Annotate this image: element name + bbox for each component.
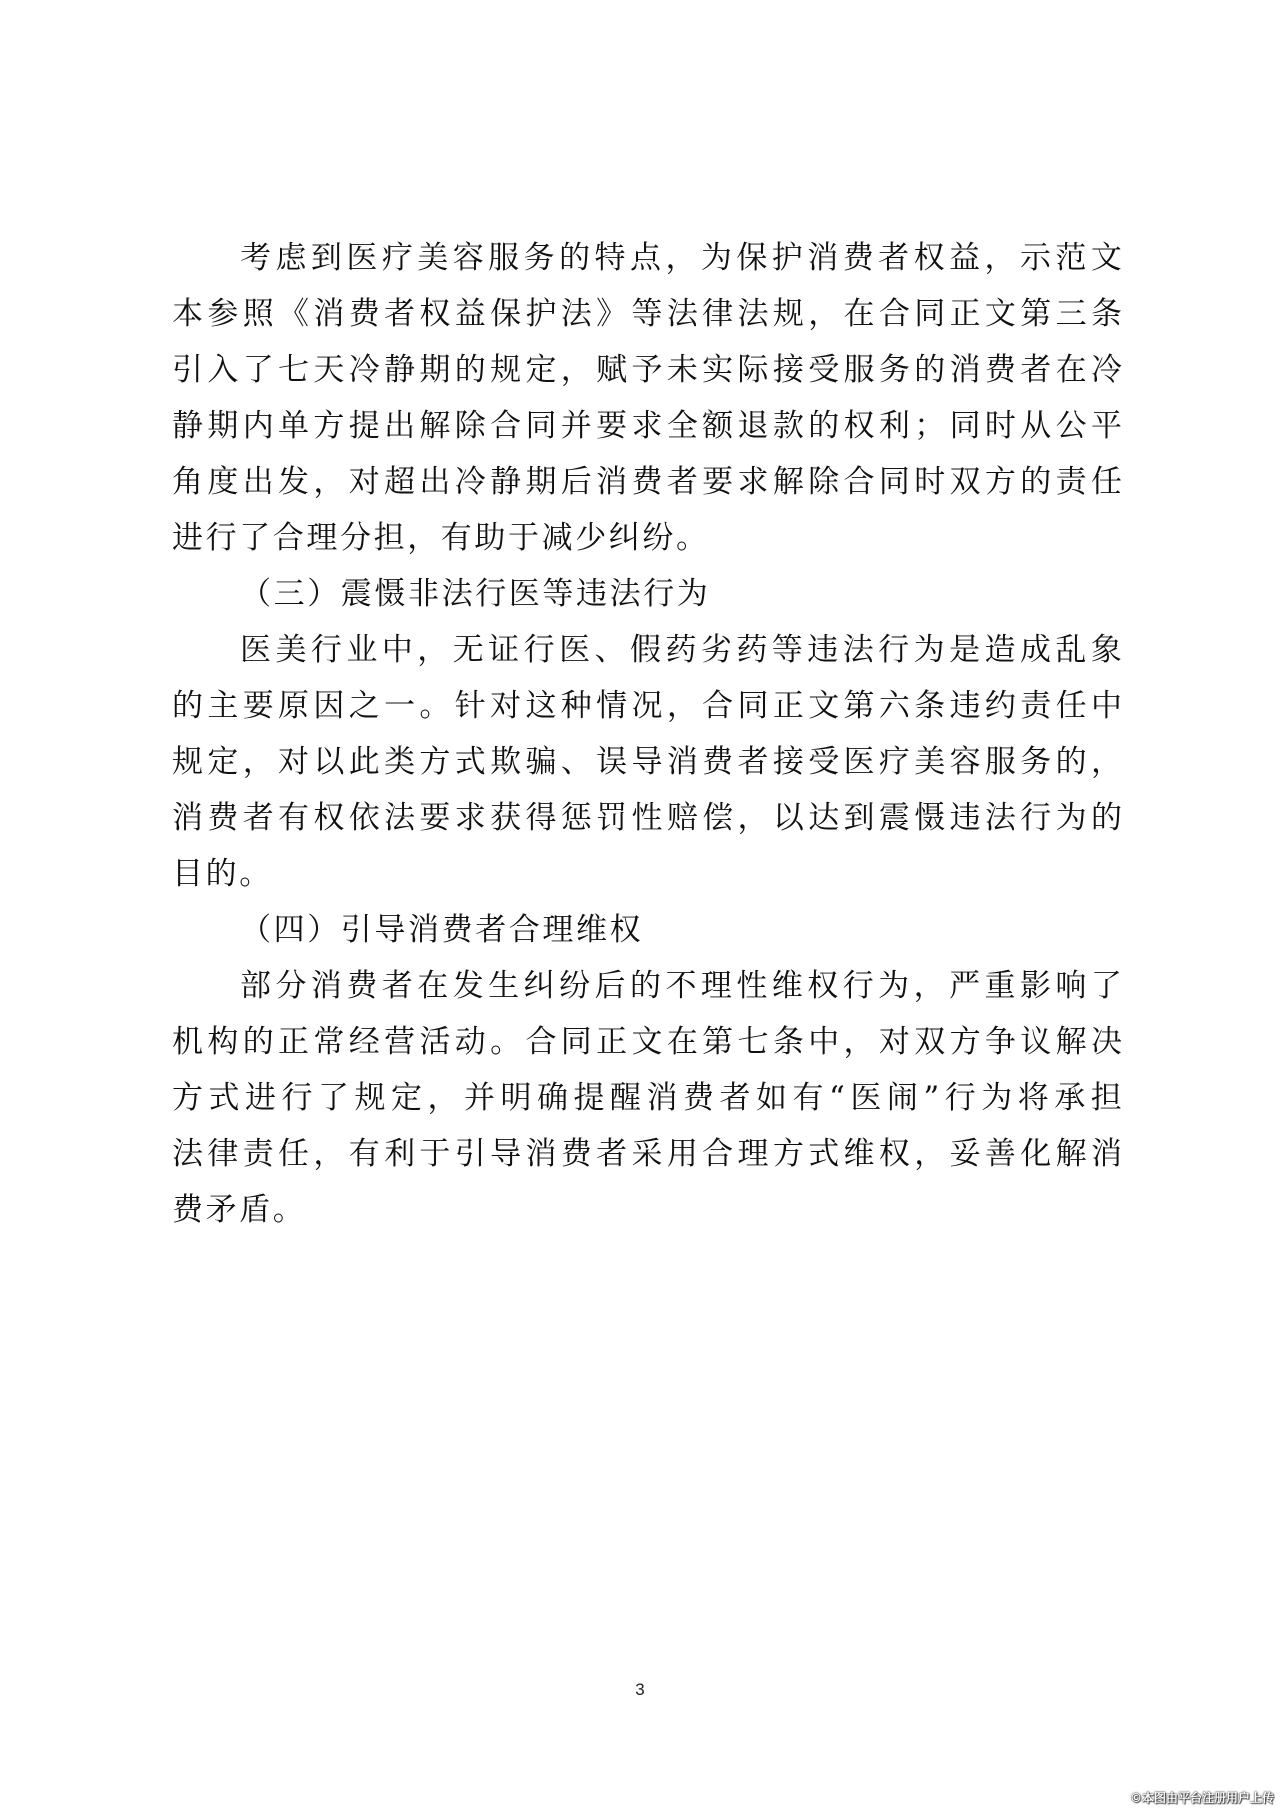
glyph: 解 [1056, 1014, 1087, 1070]
glyph: 出 [384, 398, 415, 454]
glyph: 法 [561, 286, 592, 342]
glyph: 争 [985, 1014, 1016, 1070]
glyph: 响 [1055, 958, 1086, 1014]
glyph: 重 [985, 958, 1016, 1014]
glyph: 明 [501, 1070, 532, 1126]
glyph: 冷 [349, 342, 380, 398]
glyph: 益 [949, 230, 980, 286]
glyph: 性 [736, 958, 767, 1014]
glyph: 际 [738, 342, 769, 398]
glyph: 为 [878, 958, 909, 1014]
paragraph-line: 部分消费者在发生纠纷后的不理性维权行为，严重影响了 [172, 958, 1122, 1014]
glyph: 乱 [1055, 622, 1086, 678]
glyph: 者 [720, 1070, 751, 1126]
glyph: 参 [207, 286, 238, 342]
glyph: 引 [455, 1126, 486, 1182]
glyph: 消 [647, 1070, 678, 1126]
glyph: 要 [596, 398, 627, 454]
upload-watermark: ©本图由平台注册用户上传 [1130, 1789, 1274, 1806]
glyph: 容 [950, 734, 981, 790]
glyph: 美 [914, 734, 945, 790]
glyph: 虑 [275, 230, 306, 286]
glyph: 约 [985, 678, 1016, 734]
glyph: 假 [630, 622, 661, 678]
glyph: 退 [738, 398, 769, 454]
glyph: 因 [313, 678, 344, 734]
glyph: ， [1091, 734, 1122, 790]
glyph: 在 [667, 1014, 698, 1070]
glyph: 的 [630, 958, 661, 1014]
glyph: 正 [773, 678, 804, 734]
glyph: 机 [172, 1014, 203, 1070]
glyph: 。 [490, 1014, 521, 1070]
paragraph-line: 医美行业中，无证行医、假药劣药等违法行为是造成乱象 [172, 622, 1122, 678]
glyph: 费 [985, 342, 1016, 398]
glyph: 六 [879, 678, 910, 734]
glyph: 合 [490, 398, 521, 454]
glyph: 决 [1091, 1014, 1122, 1070]
glyph: 同 [950, 398, 981, 454]
glyph: 了 [243, 342, 274, 398]
page-number: 3 [0, 1680, 1280, 1700]
paragraph-line: 费矛盾。 [172, 1182, 1122, 1238]
glyph: 美 [275, 622, 306, 678]
glyph: 提 [574, 1070, 605, 1126]
glyph: 证 [488, 622, 519, 678]
glyph: 额 [702, 398, 733, 454]
glyph: 并 [561, 398, 592, 454]
glyph: ； [914, 398, 945, 454]
glyph: 出 [243, 454, 274, 510]
glyph: 美 [417, 230, 448, 286]
glyph: 化 [1020, 1126, 1051, 1182]
glyph: 营 [384, 1014, 415, 1070]
glyph: 的 [914, 342, 945, 398]
glyph: 惩 [561, 790, 592, 846]
glyph: 公 [1056, 398, 1087, 454]
glyph: 之 [349, 678, 380, 734]
glyph: 违 [950, 678, 981, 734]
glyph: 医 [844, 734, 875, 790]
glyph: 定 [207, 734, 238, 790]
glyph: 导 [490, 1126, 521, 1182]
glyph: 者 [596, 1126, 627, 1182]
glyph: 种 [561, 678, 592, 734]
glyph: 文 [808, 678, 839, 734]
glyph: ， [985, 230, 1016, 286]
glyph: 护 [525, 286, 556, 342]
glyph: 构 [207, 1014, 238, 1070]
glyph: 赋 [596, 342, 627, 398]
glyph: 条 [914, 678, 945, 734]
glyph: 维 [772, 958, 803, 1014]
glyph: 疗 [382, 230, 413, 286]
glyph: 律 [207, 1126, 238, 1182]
glyph: 行 [945, 1070, 976, 1126]
glyph: 期 [207, 398, 238, 454]
glyph: 有 [278, 790, 309, 846]
glyph: 情 [596, 678, 627, 734]
glyph: 费 [207, 790, 238, 846]
paragraph-line: 目的。 [172, 846, 1122, 902]
glyph: 妥 [950, 1126, 981, 1182]
glyph: 律 [702, 286, 733, 342]
glyph: ， [243, 734, 274, 790]
glyph: 费 [346, 958, 377, 1014]
glyph: 行 [311, 622, 342, 678]
glyph: 违 [950, 790, 981, 846]
glyph: 同 [879, 454, 910, 510]
glyph: 醒 [610, 1070, 641, 1126]
glyph: 象 [1091, 622, 1122, 678]
glyph: 确 [537, 1070, 568, 1126]
glyph: ， [428, 1070, 459, 1126]
glyph: 点 [630, 230, 661, 286]
glyph: 求 [738, 454, 769, 510]
glyph: 双 [914, 1014, 945, 1070]
paragraph-line: 的主要原因之一。针对这种情况，合同正文第六条违约责任中 [172, 678, 1122, 734]
glyph: 者 [1020, 342, 1051, 398]
glyph: 分 [275, 958, 306, 1014]
glyph: 正 [596, 1014, 627, 1070]
glyph: 将 [1018, 1070, 1049, 1126]
glyph: 罚 [596, 790, 627, 846]
glyph: 接 [773, 342, 804, 398]
glyph: 考 [240, 230, 271, 286]
glyph: ， [417, 622, 448, 678]
glyph: 本 [172, 286, 203, 342]
glyph: ， [313, 454, 344, 510]
glyph: ， [667, 678, 698, 734]
glyph: 法 [172, 1126, 203, 1182]
glyph: 除 [455, 398, 486, 454]
glyph: ， [561, 342, 592, 398]
glyph: 权 [313, 790, 344, 846]
glyph: 角 [172, 454, 203, 510]
glyph: 时 [914, 454, 945, 510]
glyph: 定 [391, 1070, 422, 1126]
glyph: 冷 [1091, 342, 1122, 398]
glyph: 造 [985, 622, 1016, 678]
glyph: 药 [736, 622, 767, 678]
glyph: 护 [772, 230, 803, 286]
paragraph-line: 法律责任，有利于引导消费者采用合理方式维权，妥善化解消 [172, 1126, 1122, 1182]
glyph: 除 [808, 454, 839, 510]
glyph: 不 [665, 958, 696, 1014]
glyph: 平 [1091, 398, 1122, 454]
glyph: 的 [1020, 454, 1051, 510]
glyph: 中 [382, 622, 413, 678]
glyph: 消 [172, 790, 203, 846]
glyph: 接 [773, 734, 804, 790]
glyph: 采 [631, 1126, 662, 1182]
glyph: 利 [384, 1126, 415, 1182]
glyph: 第 [702, 1014, 733, 1070]
glyph: 的 [243, 1014, 274, 1070]
glyph: ” [923, 1070, 939, 1126]
glyph: 方 [985, 454, 1016, 510]
glyph: 同 [914, 286, 945, 342]
glyph: 权 [879, 1126, 910, 1182]
glyph: 后 [561, 454, 592, 510]
glyph: 劣 [701, 622, 732, 678]
glyph: 成 [1020, 622, 1051, 678]
glyph: 消 [667, 734, 698, 790]
glyph: 服 [985, 734, 1016, 790]
glyph: 定 [525, 342, 556, 398]
glyph: 对 [879, 1014, 910, 1070]
glyph: 消 [313, 286, 344, 342]
glyph: 药 [665, 622, 696, 678]
glyph: 得 [525, 790, 556, 846]
paragraph-line: 引入了七天冷静期的规定，赋予未实际接受服务的消费者在冷 [172, 342, 1122, 398]
glyph: 保 [490, 286, 521, 342]
glyph: 照 [243, 286, 274, 342]
glyph: 者 [878, 230, 909, 286]
glyph: 为 [914, 622, 945, 678]
glyph: 有 [793, 1070, 824, 1126]
glyph: 于 [419, 1126, 450, 1182]
glyph: 合 [702, 1126, 733, 1182]
glyph: 中 [1091, 678, 1122, 734]
glyph: 者 [384, 286, 415, 342]
glyph: 天 [313, 342, 344, 398]
glyph: 同 [561, 1014, 592, 1070]
glyph: 受 [808, 342, 839, 398]
glyph: 双 [950, 454, 981, 510]
glyph: ， [313, 1126, 344, 1182]
glyph: 行 [843, 958, 874, 1014]
glyph: 部 [240, 958, 271, 1014]
glyph: 费 [631, 454, 662, 510]
glyph: 合 [702, 678, 733, 734]
glyph: 费 [843, 230, 874, 286]
glyph: 内 [243, 398, 274, 454]
glyph: 行 [282, 1070, 313, 1126]
glyph: 、 [595, 622, 626, 678]
glyph: ， [914, 958, 945, 1014]
glyph: 冷 [455, 454, 486, 510]
glyph: 疗 [879, 734, 910, 790]
glyph: 容 [453, 230, 484, 286]
glyph: 费 [349, 286, 380, 342]
glyph: 责 [1020, 678, 1051, 734]
glyph: 善 [985, 1126, 1016, 1182]
glyph: 的 [455, 342, 486, 398]
glyph: 法 [667, 286, 698, 342]
glyph: 以 [773, 790, 804, 846]
glyph: 况 [631, 678, 662, 734]
glyph: 等 [772, 622, 803, 678]
glyph: 静 [172, 398, 203, 454]
glyph: 此 [349, 734, 380, 790]
glyph: 服 [844, 342, 875, 398]
glyph: 出 [419, 454, 450, 510]
glyph: 欺 [490, 734, 521, 790]
paragraph-line: 进行了合理分担，有助于减少纠纷。 [172, 510, 1122, 566]
glyph: 第 [844, 678, 875, 734]
glyph: 七 [738, 1014, 769, 1070]
glyph: 常 [313, 1014, 344, 1070]
glyph: 影 [1020, 958, 1051, 1014]
glyph: 解 [419, 398, 450, 454]
glyph: 了 [1091, 958, 1122, 1014]
glyph: 期 [419, 342, 450, 398]
glyph: 静 [384, 342, 415, 398]
glyph: 进 [245, 1070, 276, 1126]
glyph: 医 [559, 622, 590, 678]
glyph: 误 [596, 734, 627, 790]
section-heading: （三）震慑非法行医等违法行为 [172, 566, 1122, 622]
glyph: 法 [738, 286, 769, 342]
glyph: 示 [1020, 230, 1051, 286]
glyph: 行 [878, 622, 909, 678]
glyph: 要 [419, 790, 450, 846]
paragraph-line: 方式进行了规定，并明确提醒消费者如有“医闹”行为将承担 [172, 1070, 1122, 1126]
glyph: 任 [1056, 678, 1087, 734]
glyph: 行 [524, 622, 555, 678]
paragraph-line: 角度出发，对超出冷静期后消费者要求解除合同时双方的责任 [172, 454, 1122, 510]
glyph: 同 [525, 398, 556, 454]
document-page: 考虑到医疗美容服务的特点，为保护消费者权益，示范文 本参照《消费者权益保护法》等… [0, 0, 1280, 1810]
glyph: 业 [346, 622, 377, 678]
glyph: 解 [773, 454, 804, 510]
glyph: 实 [702, 342, 733, 398]
glyph: 闹 [887, 1070, 918, 1126]
glyph: “ [829, 1070, 845, 1126]
glyph: 对 [349, 454, 380, 510]
glyph: 合 [525, 1014, 556, 1070]
glyph: 用 [667, 1126, 698, 1182]
glyph: 为 [981, 1070, 1012, 1126]
glyph: 正 [278, 1014, 309, 1070]
glyph: 正 [950, 286, 981, 342]
glyph: 。 [419, 678, 450, 734]
glyph: 范 [1055, 230, 1086, 286]
glyph: 议 [1020, 1014, 1051, 1070]
glyph: 者 [382, 958, 413, 1014]
glyph: 等 [631, 286, 662, 342]
glyph: 主 [207, 678, 238, 734]
glyph: 、 [561, 734, 592, 790]
glyph: 理 [701, 958, 732, 1014]
glyph: 合 [844, 454, 875, 510]
glyph: 解 [1056, 1126, 1087, 1182]
glyph: 慑 [914, 790, 945, 846]
glyph: 三 [1056, 286, 1087, 342]
glyph: 度 [207, 454, 238, 510]
glyph: 规 [773, 286, 804, 342]
glyph: 行 [1020, 790, 1051, 846]
glyph: 入 [207, 342, 238, 398]
glyph: 的 [1091, 790, 1122, 846]
glyph: 消 [1091, 1126, 1122, 1182]
glyph: 务 [524, 230, 555, 286]
glyph: 震 [879, 790, 910, 846]
glyph: 动 [455, 1014, 486, 1070]
glyph: 的 [1056, 734, 1087, 790]
glyph: 务 [1020, 734, 1051, 790]
glyph: 导 [631, 734, 662, 790]
glyph: 到 [844, 790, 875, 846]
glyph: 在 [1056, 342, 1087, 398]
glyph: 到 [311, 230, 342, 286]
paragraph-line: 考虑到医疗美容服务的特点，为保护消费者权益，示范文 [172, 230, 1122, 286]
glyph: 方 [313, 398, 344, 454]
glyph: 消 [950, 342, 981, 398]
glyph: 方 [950, 1014, 981, 1070]
glyph: 者 [667, 454, 698, 510]
glyph: 条 [773, 1014, 804, 1070]
glyph: 发 [453, 958, 484, 1014]
glyph: ， [738, 790, 769, 846]
section-heading: （四）引导消费者合理维权 [172, 902, 1122, 958]
glyph: 经 [349, 1014, 380, 1070]
glyph: 费 [683, 1070, 714, 1126]
glyph: 中 [808, 1014, 839, 1070]
glyph: 法 [384, 790, 415, 846]
glyph: 发 [278, 454, 309, 510]
glyph: 承 [1054, 1070, 1085, 1126]
glyph: 款 [773, 398, 804, 454]
glyph: 予 [631, 342, 662, 398]
glyph: 费 [561, 1126, 592, 1182]
paragraph-line: 本参照《消费者权益保护法》等法律法规，在合同正文第三条 [172, 286, 1122, 342]
glyph: 活 [419, 1014, 450, 1070]
paragraph-line: 机构的正常经营活动。合同正文在第七条中，对双方争议解决 [172, 1014, 1122, 1070]
glyph: 纠 [524, 958, 555, 1014]
glyph: 未 [667, 342, 698, 398]
glyph: 务 [879, 342, 910, 398]
glyph: 消 [807, 230, 838, 286]
glyph: 是 [949, 622, 980, 678]
glyph: 要 [702, 454, 733, 510]
glyph: 法 [843, 622, 874, 678]
glyph: 规 [490, 342, 521, 398]
glyph: 的 [559, 230, 590, 286]
glyph: 的 [808, 398, 839, 454]
glyph: 静 [490, 454, 521, 510]
glyph: 七 [278, 342, 309, 398]
glyph: 为 [701, 230, 732, 286]
glyph: 求 [631, 398, 662, 454]
glyph: 严 [949, 958, 980, 1014]
glyph: 了 [318, 1070, 349, 1126]
glyph: 规 [355, 1070, 386, 1126]
glyph: 从 [1020, 398, 1051, 454]
glyph: 生 [488, 958, 519, 1014]
glyph: 费 [702, 734, 733, 790]
glyph: 受 [808, 734, 839, 790]
glyph: 式 [808, 1126, 839, 1182]
glyph: 偿 [702, 790, 733, 846]
glyph: 特 [595, 230, 626, 286]
glyph: 时 [985, 398, 1016, 454]
glyph: ， [808, 286, 839, 342]
glyph: 赔 [667, 790, 698, 846]
glyph: 任 [1091, 454, 1122, 510]
glyph: 任 [278, 1126, 309, 1182]
glyph: 违 [807, 622, 838, 678]
glyph: 消 [596, 454, 627, 510]
glyph: 求 [455, 790, 486, 846]
glyph: 方 [172, 1070, 203, 1126]
glyph: 利 [879, 398, 910, 454]
glyph: 后 [595, 958, 626, 1014]
glyph: 第 [1020, 286, 1051, 342]
glyph: 医 [850, 1070, 881, 1126]
glyph: 骗 [525, 734, 556, 790]
